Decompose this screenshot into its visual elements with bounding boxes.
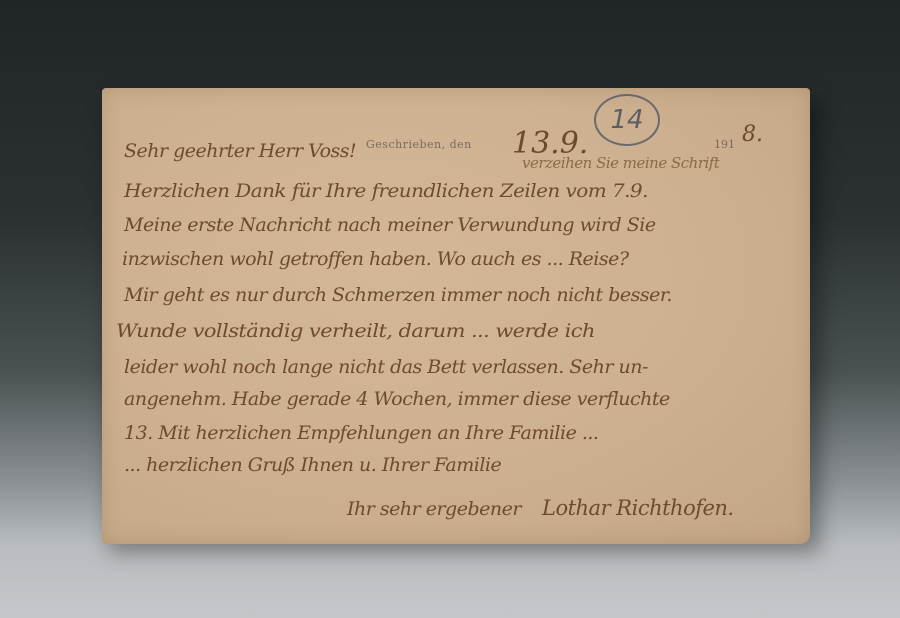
circled-number: 14 [594, 94, 660, 146]
printed-year: 191 [714, 138, 735, 151]
circled-number-text: 14 [610, 105, 643, 135]
letter-line: inzwischen wohl getroffen haben. Wo auch… [122, 248, 629, 270]
letter-line: 13. Mit herzlichen Empfehlungen an Ihre … [124, 422, 598, 444]
letter-line: ... herzlichen Gruß Ihnen u. Ihrer Famil… [124, 454, 501, 476]
letter-line: leider wohl noch lange nicht das Bett ve… [124, 356, 648, 378]
salutation: Sehr geehrter Herr Voss! [124, 140, 356, 162]
closing: Ihr sehr ergebener [347, 498, 521, 520]
letter-line: angenehm. Habe gerade 4 Wochen, immer di… [124, 388, 670, 410]
letter-line: Herzlichen Dank für Ihre freundlichen Ze… [124, 180, 648, 202]
printed-header: Geschrieben, den [366, 138, 472, 151]
postcard: 14 Geschrieben, den 13.9. 191 8. Sehr ge… [102, 88, 810, 544]
handwritten-year: 8. [742, 122, 763, 147]
signature: Lothar Richthofen. [542, 496, 734, 520]
letter-line: Mir geht es nur durch Schmerzen immer no… [124, 284, 672, 306]
top-right-note: verzeihen Sie meine Schrift [522, 154, 719, 172]
letter-line: Wunde vollständig verheilt, darum ... we… [116, 320, 595, 342]
letter-line: Meine erste Nachricht nach meiner Verwun… [124, 214, 656, 236]
